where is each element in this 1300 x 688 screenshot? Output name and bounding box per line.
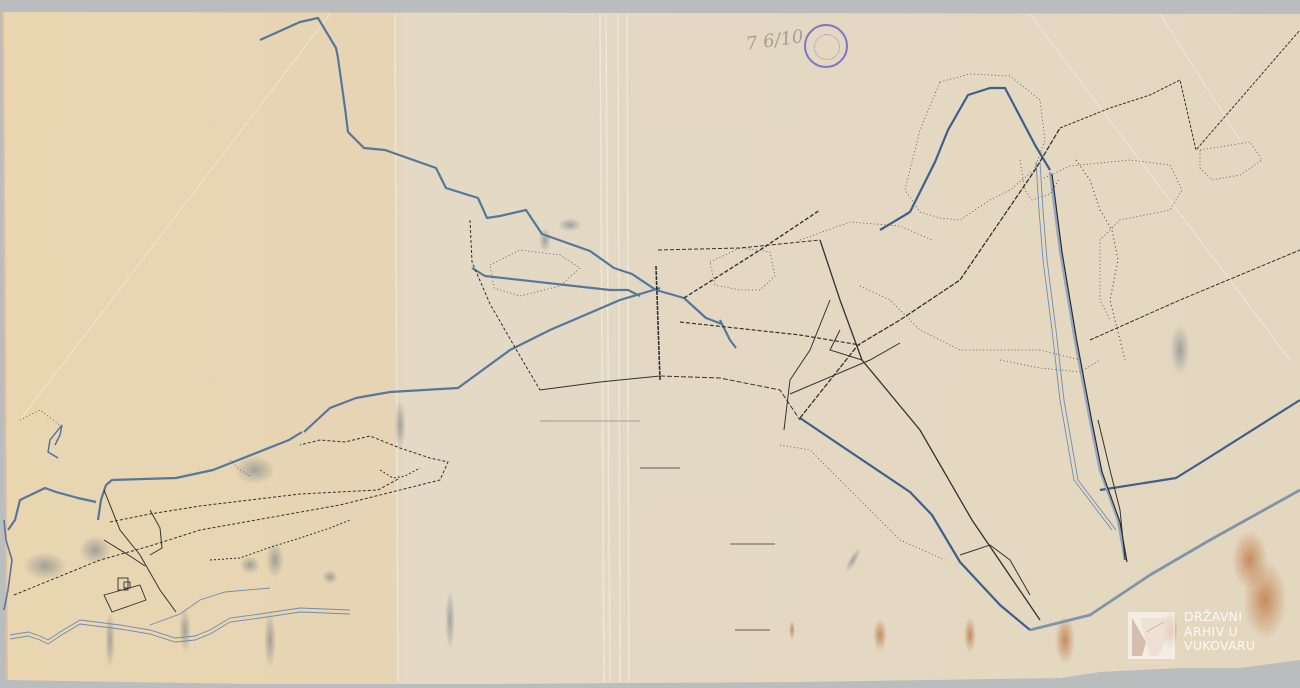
archive-stamp — [804, 24, 848, 68]
map-viewer[interactable]: 7 6/10 DRŽAVNI ARHIV U VUKOVARU — [0, 0, 1300, 688]
paper-sheet — [2, 12, 1300, 684]
scanned-map — [0, 0, 1300, 688]
